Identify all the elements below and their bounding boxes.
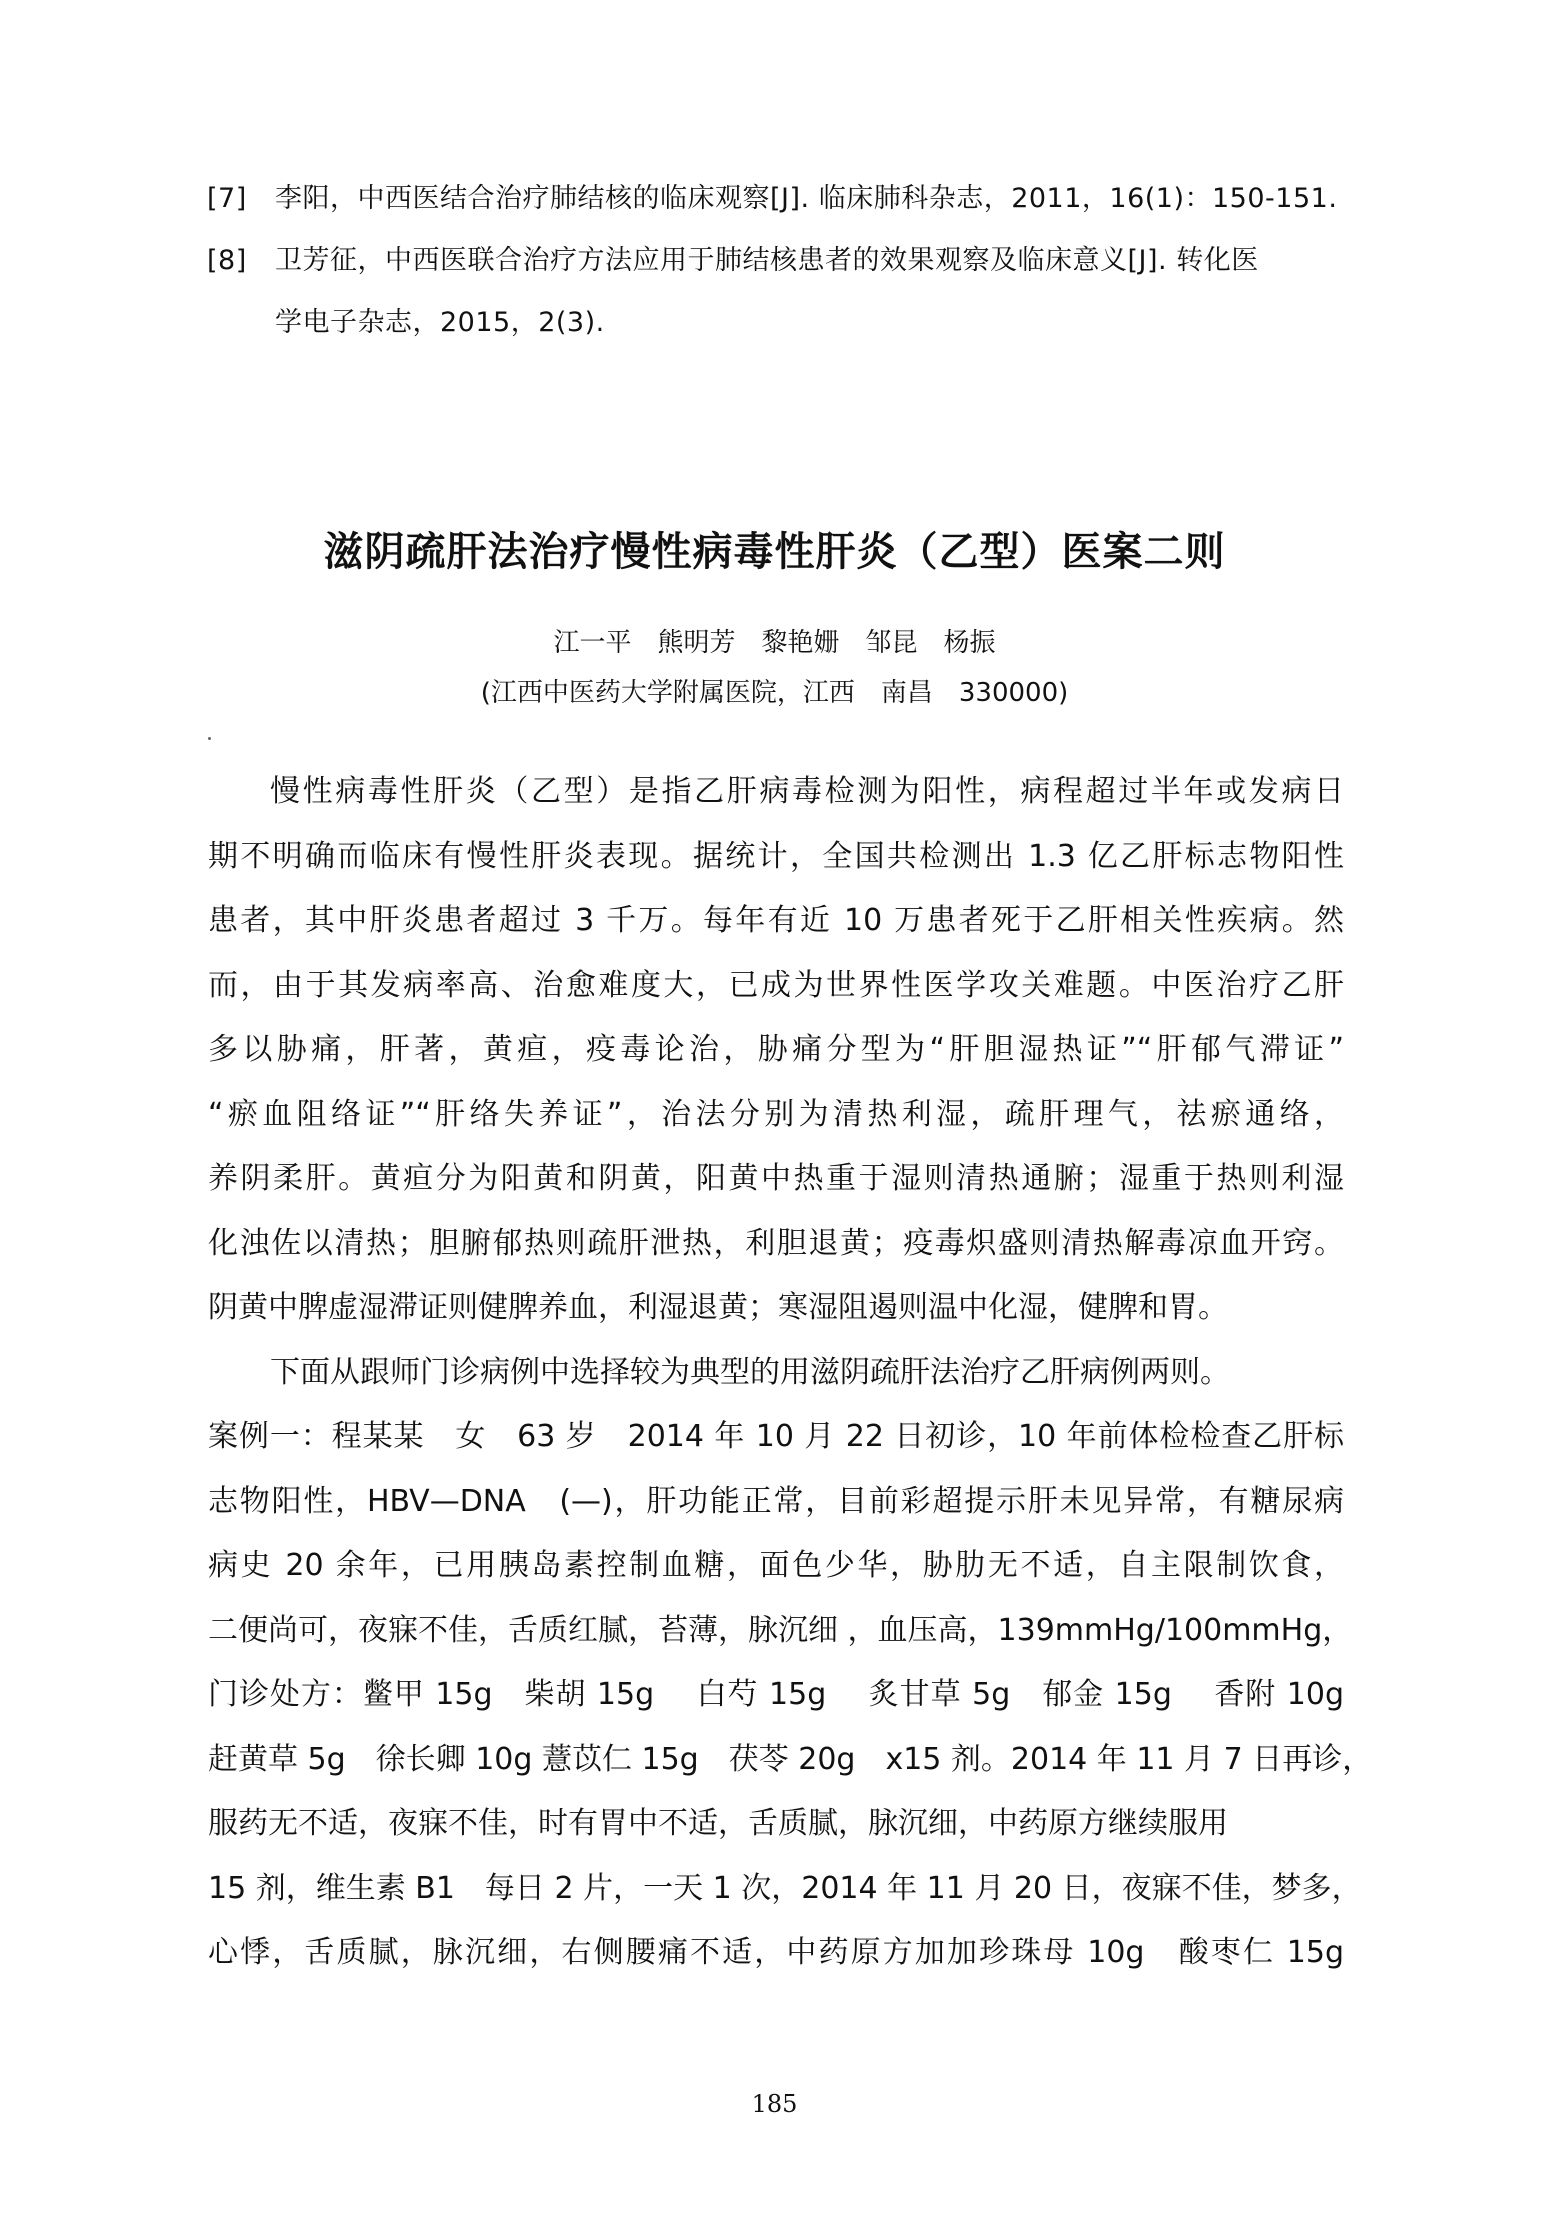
- text-line: 病史 20 余年，已用胰岛素控制血糖，面色少华，胁肋无不适，自主限制饮食，: [208, 1534, 1344, 1599]
- paragraph-case-one: 案例一：程某某 女 63 岁 2014 年 10 月 22 日初诊，10 年前体…: [208, 1405, 1344, 1986]
- reference-text: 李阳，中西医结合治疗肺结核的临床观察[J]. 临床肺科杂志，2011，16(1)…: [275, 183, 1337, 214]
- reference-number: [7]: [207, 168, 247, 230]
- reference-number: [8]: [207, 230, 247, 292]
- reference-text-line: 学电子杂志，2015，2(3).: [275, 292, 1367, 354]
- text-line: 赶黄草 5g 徐长卿 10g 薏苡仁 15g 茯苓 20g x15 剂。2014…: [208, 1728, 1344, 1793]
- text-line: 期不明确而临床有慢性肝炎表现。据统计，全国共检测出 1.3 亿乙肝标志物阳性: [208, 825, 1344, 890]
- paragraph-transition: 下面从跟师门诊病例中选择较为典型的用滋阴疏肝法治疗乙肝病例两则。: [208, 1341, 1344, 1406]
- reference-item: [7] 李阳，中西医结合治疗肺结核的临床观察[J]. 临床肺科杂志，2011，1…: [207, 168, 1367, 230]
- paragraph-intro: 慢性病毒性肝炎（乙型）是指乙肝病毒检测为阳性，病程超过半年或发病日 期不明确而临…: [208, 760, 1344, 1341]
- text-line: 养阴柔肝。黄疸分为阳黄和阴黄，阳黄中热重于湿则清热通腑；湿重于热则利湿: [208, 1147, 1344, 1212]
- reference-item: [8] 卫芳征，中西医联合治疗方法应用于肺结核患者的效果观察及临床意义[J]. …: [207, 230, 1367, 354]
- text-line: 志物阳性，HBV—DNA (—)，肝功能正常，目前彩超提示肝未见异常，有糖尿病: [208, 1470, 1344, 1535]
- page-number: 185: [0, 2090, 1549, 2118]
- text-line: 下面从跟师门诊病例中选择较为典型的用滋阴疏肝法治疗乙肝病例两则。: [208, 1341, 1344, 1406]
- text-line: 案例一：程某某 女 63 岁 2014 年 10 月 22 日初诊，10 年前体…: [208, 1405, 1344, 1470]
- scan-speck: [208, 737, 211, 740]
- reference-text-line: 卫芳征，中西医联合治疗方法应用于肺结核患者的效果观察及临床意义[J]. 转化医: [275, 230, 1367, 292]
- article-body: 慢性病毒性肝炎（乙型）是指乙肝病毒检测为阳性，病程超过半年或发病日 期不明确而临…: [208, 760, 1344, 1986]
- text-line: 化浊佐以清热；胆腑郁热则疏肝泄热，利胆退黄；疫毒炽盛则清热解毒凉血开窍。: [208, 1212, 1344, 1277]
- text-line: 服药无不适，夜寐不佳，时有胃中不适，舌质腻，脉沉细，中药原方继续服用: [208, 1792, 1344, 1857]
- text-line: 心悸，舌质腻，脉沉细，右侧腰痛不适，中药原方加加珍珠母 10g 酸枣仁 15g: [208, 1921, 1344, 1986]
- text-line: 阴黄中脾虚湿滞证则健脾养血，利湿退黄；寒湿阻遏则温中化湿，健脾和胃。: [208, 1276, 1344, 1341]
- text-line: 慢性病毒性肝炎（乙型）是指乙肝病毒检测为阳性，病程超过半年或发病日: [208, 760, 1344, 825]
- article-affiliation: (江西中医药大学附属医院，江西 南昌 330000): [0, 672, 1549, 709]
- text-line: 门诊处方：鳖甲 15g 柴胡 15g 白芍 15g 炙甘草 5g 郁金 15g …: [208, 1663, 1344, 1728]
- document-page: [7] 李阳，中西医结合治疗肺结核的临床观察[J]. 临床肺科杂志，2011，1…: [0, 0, 1549, 2225]
- text-line: 患者，其中肝炎患者超过 3 千万。每年有近 10 万患者死于乙肝相关性疾病。然: [208, 889, 1344, 954]
- text-line: 而，由于其发病率高、治愈难度大，已成为世界性医学攻关难题。中医治疗乙肝: [208, 954, 1344, 1019]
- text-line: 15 剂，维生素 B1 每日 2 片，一天 1 次，2014 年 11 月 20…: [208, 1857, 1344, 1922]
- text-line: 二便尚可，夜寐不佳，舌质红腻，苔薄，脉沉细 ，血压高，139mmHg/100mm…: [208, 1599, 1344, 1664]
- text-line: “瘀血阻络证”“肝络失养证”，治法分别为清热利湿，疏肝理气，祛瘀通络，: [208, 1083, 1344, 1148]
- article-authors: 江一平 熊明芳 黎艳姗 邹昆 杨振: [0, 622, 1549, 659]
- article-title: 滋阴疏肝法治疗慢性病毒性肝炎（乙型）医案二则: [0, 520, 1549, 577]
- text-line: 多以胁痛，肝著，黄疸，疫毒论治，胁痛分型为“肝胆湿热证”“肝郁气滞证”: [208, 1018, 1344, 1083]
- reference-list: [7] 李阳，中西医结合治疗肺结核的临床观察[J]. 临床肺科杂志，2011，1…: [207, 168, 1367, 354]
